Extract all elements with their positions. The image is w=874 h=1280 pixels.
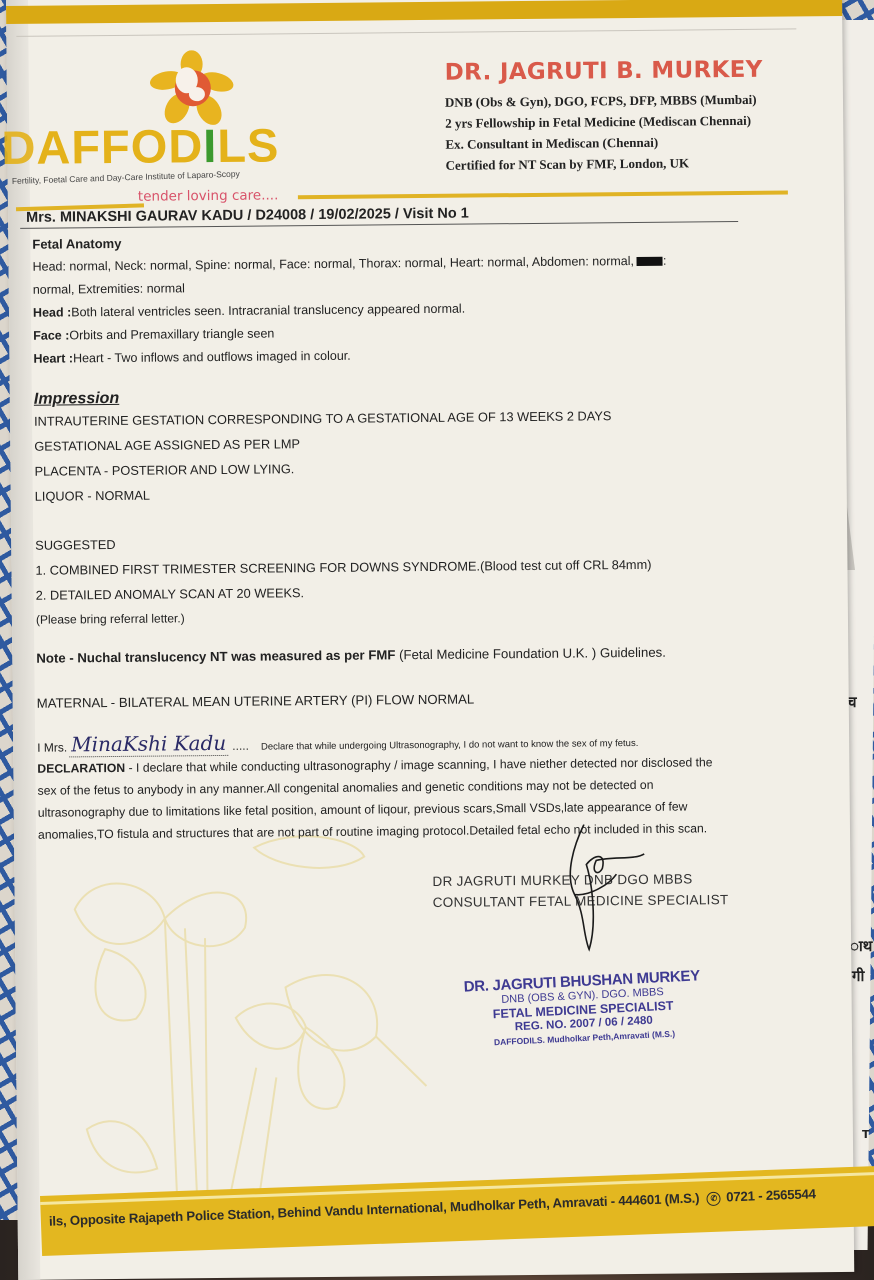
handwritten-signature-icon [544,824,655,955]
detail-text: Both lateral ventricles seen. Intracrani… [71,302,465,320]
fetal-anatomy-section: Fetal Anatomy Head: normal, Neck: normal… [32,229,816,845]
qualification-line: DNB (Obs & Gyn), DGO, FCPS, DFP, MBBS (M… [445,89,763,113]
qualification-line: Certified for NT Scan by FMF, London, UK [446,152,764,176]
back-page-text: T [862,1128,870,1141]
footer-address: ils, Opposite Rajapeth Police Station, B… [49,1186,816,1229]
doctor-name: DR. JAGRUTI B. MURKEY [445,57,763,86]
phone-icon: ✆ [707,1191,721,1205]
back-page-text: ाथ [850,936,872,956]
doctor-qualifications: DNB (Obs & Gyn), DGO, FCPS, DFP, MBBS (M… [445,89,764,176]
note-label: Note - Nuchal translucency NT was measur… [36,647,395,665]
doctor-stamp: DR. JAGRUTI BHUSHAN MURKEY DNB (OBS & GY… [463,969,702,1050]
daffodil-watermark-icon [54,826,438,1220]
daffodil-baby-logo-icon [146,50,237,129]
handwritten-patient-name: MinaKshi Kadu [69,731,228,758]
suggested-item-text: 1. COMBINED FIRST TRIMESTER SCREENING FO… [35,558,480,577]
qualification-line: 2 yrs Fellowship in Fetal Medicine (Medi… [445,110,763,134]
note-text: (Fetal Medicine Foundation U.K. ) Guidel… [395,645,666,663]
detail-label: Head : [33,305,71,319]
anatomy-summary-tail: : [663,254,667,268]
section-heading: Fetal Anatomy [32,229,810,251]
address-text: ils, Opposite Rajapeth Police Station, B… [49,1190,700,1228]
clinic-logo-wordmark: DAFFODILS [1,117,279,175]
report-body: Mrs. MINAKSHI GAURAV KADU / D24008 / 19/… [20,202,816,846]
top-band [6,0,842,24]
detail-label: Heart : [33,351,73,365]
declaration: DECLARATION - I declare that while condu… [37,750,816,845]
clinic-logo: DAFFODILS Fertility, Foetal Care and Day… [6,49,298,222]
doctor-header: DR. JAGRUTI B. MURKEY DNB (Obs & Gyn), D… [445,57,764,176]
suggested-item-text: 2. DETAILED ANOMALY SCAN AT 20 WEEKS. [36,585,304,603]
nt-note: Note - Nuchal translucency NT was measur… [36,643,814,665]
back-page-text: गी [852,966,864,986]
consent-prefix: I Mrs. [37,740,67,754]
phone-number: 0721 - 2565544 [726,1186,816,1204]
detail-text: Heart - Two inflows and outflows imaged … [73,349,351,366]
qualification-line: Ex. Consultant in Mediscan (Chennai) [445,131,763,155]
gold-rule [298,191,788,200]
declaration-text: - I declare that while conducting ultras… [125,755,712,775]
detail-label: Face : [33,328,69,342]
suggested-item-sub: (Blood test cut off CRL 84mm) [480,557,652,574]
consent-text: Declare that while undergoing Ultrasonog… [261,738,638,753]
maternal-finding: MATERNAL - BILATERAL MEAN UTERINE ARTERY… [37,688,815,710]
redaction-block [637,257,663,266]
declaration-label: DECLARATION [37,761,125,776]
detail-text: Orbits and Premaxillary triangle seen [69,326,274,342]
anatomy-summary-text: Head: normal, Neck: normal, Spine: norma… [32,254,634,274]
divider [16,28,796,36]
consent-dots: ..... [232,739,249,753]
report-sheet: DAFFODILS Fertility, Foetal Care and Day… [6,0,854,1280]
clinic-motto: tender loving care.... [138,187,279,204]
